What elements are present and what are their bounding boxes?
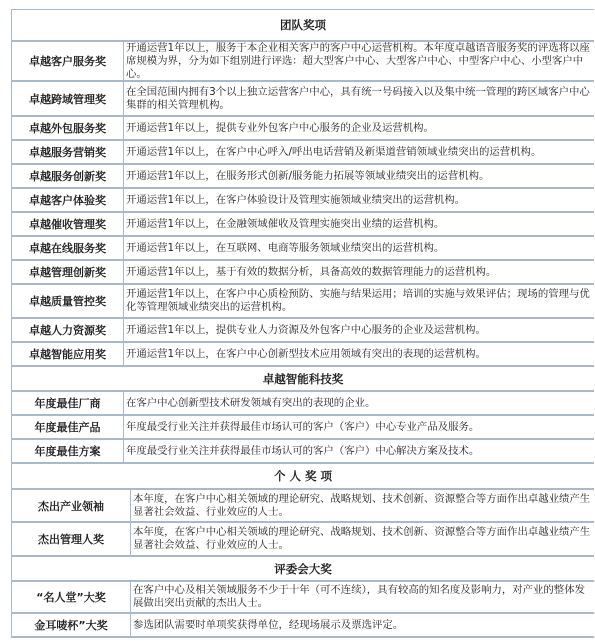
table-row: 年度最佳厂商 在客户中心创新型技术研发领域有突出的表现的企业。 [12,392,594,416]
table-row: 卓越质量管控奖 开通运营1年以上，在客户中心质检预防、实施与结果运用；培训的实施… [12,285,594,319]
award-name: 杰出管理人奖 [12,523,131,555]
table-row: 卓越人力资源奖 开通运营1年以上，提供专业人力资源及外包客户中心服务的企业及运营… [12,319,594,343]
award-name: 卓越人力资源奖 [12,319,124,341]
table-row: 年度最佳方案 年度最受行业关注并获得最佳市场认可的客户（客户）中心解决方案及技术… [12,440,594,464]
award-name: 年度最佳方案 [12,440,124,462]
award-name: 卓越管理创新奖 [12,261,124,283]
table-row: 年度最佳产品 年度最受行业关注并获得最佳市场认可的客户（客户）中心专业产品及服务… [12,416,594,440]
award-description: 开通运营1年以上，提供专业外包客户中心服务的企业及运营机构。 [124,117,594,139]
award-name: 金耳唛杯”大奖 [12,614,131,636]
award-description: 本年度，在客户中心相关领域的理论研究、战略规划、技术创新、资源整合等方面作出卓越… [131,523,594,555]
section-header-individual: 个 人 奖 项 [12,464,594,490]
award-name: 卓越智能应用奖 [12,343,124,365]
award-description: 开通运营1年以上，在客户中心质检预防、实施与结果运用；培训的实施与效果评估；现场… [124,285,594,317]
section-title: 团队奖项 [280,17,326,33]
award-description: 开通运营1年以上，在互联网、电商等服务领域业绩突出的运营机构。 [124,237,594,259]
table-row: 卓越催收管理奖 开通运营1年以上，在金融领域催收及管理实施突出业绩的运营机构。 [12,213,594,237]
award-name: 卓越质量管控奖 [12,285,124,317]
table-row: 卓越智能应用奖 开通运营1年以上，在客户中心创新型技术应用领域有突出的表现的运营… [12,343,594,367]
award-name: 卓越服务创新奖 [12,165,124,187]
award-description: 年度最受行业关注并获得最佳市场认可的客户（客户）中心解决方案及技术。 [124,440,594,462]
award-name: 卓越催收管理奖 [12,213,124,235]
section-header-tech: 卓越智能科技奖 [12,367,594,392]
table-row: 卓越管理创新奖 开通运营1年以上，基于有效的数据分析，具备高效的数据管理能力的运… [12,261,594,285]
award-description: 本年度，在客户中心相关领域的理论研究、战略规划、技术创新、资源整合等方面作出卓越… [131,490,594,521]
award-name: 卓越跨域管理奖 [12,82,124,115]
award-description: 年度最受行业关注并获得最佳市场认可的客户（客户）中心专业产品及服务。 [124,416,594,438]
award-name: “名人堂”大奖 [12,582,131,612]
section-header-team: 团队奖项 [12,10,594,42]
award-name: 年度最佳厂商 [12,392,124,414]
awards-table: 团队奖项 卓越客户服务奖 开通运营1年以上，服务于本企业相关客户的客户中心运营机… [11,9,594,638]
award-description: 在客户中心创新型技术研发领域有突出的表现的企业。 [124,392,594,414]
award-description: 开通运营1年以上，在服务形式创新/服务能力拓展等领域业绩突出的运营机构。 [124,165,594,187]
award-description: 开通运营1年以上，服务于本企业相关客户的客户中心运营机构。本年度卓越语音服务奖的… [124,42,594,80]
award-description: 开通运营1年以上，在客户中心创新型技术应用领域有突出的表现的运营机构。 [124,343,594,365]
award-name: 卓越服务营销奖 [12,141,124,163]
award-description: 开通运营1年以上，提供专业人力资源及外包客户中心服务的企业及运营机构。 [124,319,594,341]
section-title: 评委会大奖 [274,561,332,577]
award-name: 卓越客户体验奖 [12,189,124,211]
award-name: 杰出产业领袖 [12,490,131,521]
table-row: 卓越在线服务奖 开通运营1年以上，在互联网、电商等服务领域业绩突出的运营机构。 [12,237,594,261]
award-description: 参选团队需要时单项奖获得单位，经现场展示及票选评定。 [131,614,594,636]
section-header-jury: 评委会大奖 [12,557,594,582]
table-row: “名人堂”大奖 在客户中心及相关领域服务不少于十年（可不连续），具有较高的知名度… [12,582,594,614]
award-description: 在客户中心及相关领域服务不少于十年（可不连续），具有较高的知名度及影响力，对产业… [131,582,594,612]
award-name: 卓越在线服务奖 [12,237,124,259]
award-name: 年度最佳产品 [12,416,124,438]
table-row: 卓越跨域管理奖 在全国范围内拥有3个以上独立运营客户中心，具有统一号码接入以及集… [12,82,594,117]
table-row: 杰出产业领袖 本年度，在客户中心相关领域的理论研究、战略规划、技术创新、资源整合… [12,490,594,523]
award-description: 开通运营1年以上，在客户体验设计及管理实施领域业绩突出的运营机构。 [124,189,594,211]
table-row: 卓越服务创新奖 开通运营1年以上，在服务形式创新/服务能力拓展等领域业绩突出的运… [12,165,594,189]
section-title: 个 人 奖 项 [274,468,332,484]
table-row: 金耳唛杯”大奖 参选团队需要时单项奖获得单位，经现场展示及票选评定。 [12,614,594,638]
award-name: 卓越外包服务奖 [12,117,124,139]
section-title: 卓越智能科技奖 [263,371,344,387]
table-row: 卓越外包服务奖 开通运营1年以上，提供专业外包客户中心服务的企业及运营机构。 [12,117,594,141]
award-description: 开通运营1年以上，在金融领域催收及管理实施突出业绩的运营机构。 [124,213,594,235]
table-row: 卓越客户服务奖 开通运营1年以上，服务于本企业相关客户的客户中心运营机构。本年度… [12,42,594,82]
award-description: 在全国范围内拥有3个以上独立运营客户中心，具有统一号码接入以及集中统一管理的跨区… [124,82,594,115]
award-name: 卓越客户服务奖 [12,42,124,80]
table-row: 卓越客户体验奖 开通运营1年以上，在客户体验设计及管理实施领域业绩突出的运营机构… [12,189,594,213]
award-description: 开通运营1年以上，在客户中心呼入/呼出电话营销及新渠道营销领域业绩突出的运营机构… [124,141,594,163]
table-row: 卓越服务营销奖 开通运营1年以上，在客户中心呼入/呼出电话营销及新渠道营销领域业… [12,141,594,165]
award-description: 开通运营1年以上，基于有效的数据分析，具备高效的数据管理能力的运营机构。 [124,261,594,283]
table-row: 杰出管理人奖 本年度，在客户中心相关领域的理论研究、战略规划、技术创新、资源整合… [12,523,594,557]
